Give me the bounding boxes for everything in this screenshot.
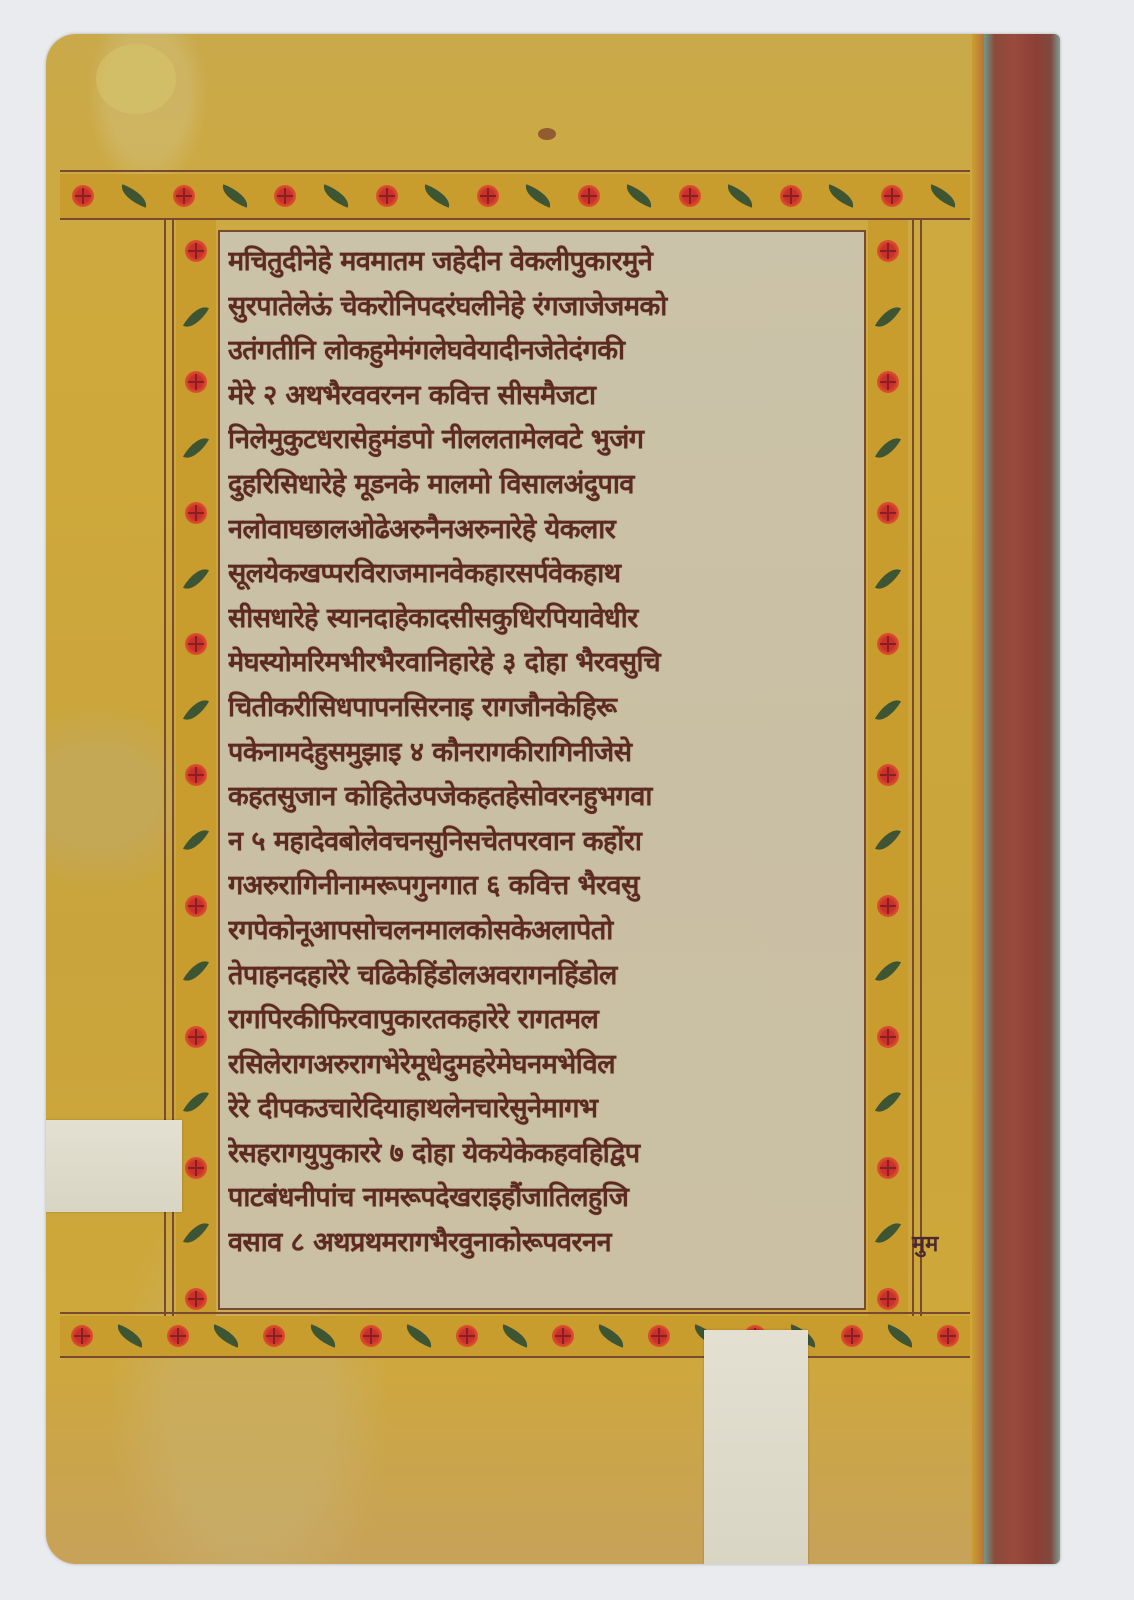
text-line: दुहरिसिधारेहे मूडनके मालमो विसालअंदुपाव: [228, 463, 856, 508]
text-line: सुरपातेलेऊं चेकरोनिपदरंघलीनेहे रंगजाजेजम…: [228, 285, 856, 330]
leaf-ornament-icon: [522, 184, 555, 207]
flower-ornament-icon: [877, 502, 899, 524]
leaf-ornament-icon: [183, 301, 209, 332]
leaf-ornament-icon: [875, 301, 901, 332]
flower-ornament-icon: [679, 185, 701, 207]
text-line: चितीकरीसिधपापनसिरनाइ रागजौनकेहिरू: [228, 686, 856, 731]
repair-patch-bottom: [704, 1330, 808, 1564]
leaf-ornament-icon: [875, 1087, 901, 1118]
flower-ornament-icon: [71, 1325, 93, 1347]
leaf-ornament-icon: [183, 956, 209, 987]
text-line: उतंगतीनि लोकहुमेमंगलेघवेयादीनजेतेदंगकी: [228, 329, 856, 374]
leaf-ornament-icon: [183, 1087, 209, 1118]
ink-stain: [538, 128, 556, 140]
leaf-ornament-icon: [623, 184, 656, 207]
flower-ornament-icon: [877, 1026, 899, 1048]
text-panel: मचितुदीनेहे मवमातम जहेदीन वेकलीपुकारमुने…: [218, 230, 866, 1310]
text-line: मेरे २ अथभैरववरनन कवित्त सीसमैजटा: [228, 374, 856, 419]
flower-ornament-icon: [877, 764, 899, 786]
leaf-ornament-icon: [117, 184, 150, 207]
leaf-ornament-icon: [306, 1324, 339, 1347]
paper-stain: [96, 44, 176, 114]
flower-ornament-icon: [477, 185, 499, 207]
text-line: सीसधारेहे स्यानदाहेकादसीसकुधिरपियावेधीर: [228, 597, 856, 642]
right-outer-rule: [912, 220, 914, 1330]
flower-ornament-icon: [877, 1157, 899, 1179]
flower-ornament-icon: [185, 502, 207, 524]
text-line: मचितुदीनेहे मवमातम जहेदीन वेकलीपुकारमुने: [228, 240, 856, 285]
flower-ornament-icon: [937, 1325, 959, 1347]
flower-ornament-icon: [552, 1325, 574, 1347]
top-outer-rule: [60, 170, 970, 172]
flower-ornament-icon: [578, 185, 600, 207]
text-line: पाटबंधनीपांच नामरूपदेखराइहौंजातिलहुजि: [228, 1176, 856, 1221]
flower-ornament-icon: [167, 1325, 189, 1347]
text-line: वसाव ८ अथप्रथमरागभैरवुनाकोरूपवरनन: [228, 1221, 856, 1266]
flower-ornament-icon: [185, 633, 207, 655]
leaf-ornament-icon: [320, 184, 353, 207]
text-line: न ५ महादेवबोलेवचनसुनिसचेतपरवान कहोंरा: [228, 820, 856, 865]
leaf-ornament-icon: [183, 432, 209, 463]
leaf-ornament-icon: [183, 563, 209, 594]
leaf-ornament-icon: [210, 1324, 243, 1347]
text-line: नलोवाघछालओढेअरुनैनअरुनारेहे येकलार: [228, 508, 856, 553]
flower-ornament-icon: [263, 1325, 285, 1347]
flower-ornament-icon: [185, 371, 207, 393]
top-floral-band: [60, 174, 970, 218]
flower-ornament-icon: [877, 240, 899, 262]
leaf-ornament-icon: [183, 694, 209, 725]
bottom-outer-rule: [60, 1356, 970, 1358]
flower-ornament-icon: [274, 185, 296, 207]
leaf-ornament-icon: [875, 1218, 901, 1249]
flower-ornament-icon: [877, 633, 899, 655]
leaf-ornament-icon: [595, 1324, 628, 1347]
binding-spine: [984, 34, 1060, 1564]
text-line: सूलयेकखप्परविराजमानवेकहारसर्पवेकहाथ: [228, 552, 856, 597]
bottom-floral-band: [60, 1316, 970, 1356]
flower-ornament-icon: [72, 185, 94, 207]
flower-ornament-icon: [185, 895, 207, 917]
spine-edge-stripe: [972, 34, 984, 1564]
flower-ornament-icon: [185, 1157, 207, 1179]
margin-note: मुम: [912, 1228, 938, 1258]
manuscript-folio: मचितुदीनेहे मवमातम जहेदीन वेकलीपुकारमुने…: [46, 34, 1060, 1564]
text-line: रेरे दीपकउचारेदियाहाथलेनचारेसुनेमागभ: [228, 1087, 856, 1132]
left-floral-band: [176, 220, 216, 1330]
flower-ornament-icon: [877, 895, 899, 917]
flower-ornament-icon: [360, 1325, 382, 1347]
leaf-ornament-icon: [875, 694, 901, 725]
leaf-ornament-icon: [875, 563, 901, 594]
leaf-ornament-icon: [875, 825, 901, 856]
flower-ornament-icon: [173, 185, 195, 207]
flower-ornament-icon: [881, 185, 903, 207]
flower-ornament-icon: [185, 764, 207, 786]
leaf-ornament-icon: [498, 1324, 531, 1347]
repair-patch-left: [46, 1120, 182, 1212]
leaf-ornament-icon: [183, 1218, 209, 1249]
bottom-inner-rule: [60, 1312, 970, 1314]
leaf-ornament-icon: [724, 184, 757, 207]
flower-ornament-icon: [376, 185, 398, 207]
leaf-ornament-icon: [218, 184, 251, 207]
flower-ornament-icon: [877, 1288, 899, 1310]
leaf-ornament-icon: [421, 184, 454, 207]
text-line: रगपेकोनूआपसोचलनमालकोसकेअलापेतो: [228, 909, 856, 954]
text-line: तेपाहनदहारेरे चढिकेहिंडोलअवरागनहिंडोल: [228, 954, 856, 999]
leaf-ornament-icon: [114, 1324, 147, 1347]
text-line: कहतसुजान कोहितेउपजेकहतहेसोवरनहुभगवा: [228, 775, 856, 820]
flower-ornament-icon: [456, 1325, 478, 1347]
flower-ornament-icon: [185, 1288, 207, 1310]
leaf-ornament-icon: [402, 1324, 435, 1347]
leaf-ornament-icon: [183, 825, 209, 856]
flower-ornament-icon: [648, 1325, 670, 1347]
flower-ornament-icon: [185, 1026, 207, 1048]
flower-ornament-icon: [780, 185, 802, 207]
right-outer-rule-2: [920, 220, 922, 1330]
text-line: निलेमुकुटधरासेहुमंडपो नीललतामेलवटे भुजंग: [228, 418, 856, 463]
text-line: मेघस्योमरिमभीरभैरवानिहारेहे ३ दोहा भैरवस…: [228, 641, 856, 686]
leaf-ornament-icon: [926, 184, 959, 207]
leaf-ornament-icon: [875, 432, 901, 463]
text-line: रेसहरागयुपुकाररे ७ दोहा येकयेकेकहवहिद्वि…: [228, 1132, 856, 1177]
leaf-ornament-icon: [825, 184, 858, 207]
text-line: रागपिरकीफिरवापुकारतकहारेरे रागतमल: [228, 998, 856, 1043]
right-floral-band: [868, 220, 908, 1330]
leaf-ornament-icon: [883, 1324, 916, 1347]
flower-ornament-icon: [877, 371, 899, 393]
text-line: पकेनामदेहुसमुझाइ ४ कौनरागकीरागिनीजेसे: [228, 731, 856, 776]
leaf-ornament-icon: [875, 956, 901, 987]
flower-ornament-icon: [841, 1325, 863, 1347]
text-line: गअरुरागिनीनामरूपगुनगात ६ कवित्त भैरवसु: [228, 864, 856, 909]
text-line: रसिलेरागअरुरागभेरेमूधेदुमहरेमेघनमभेविल: [228, 1043, 856, 1088]
flower-ornament-icon: [185, 240, 207, 262]
